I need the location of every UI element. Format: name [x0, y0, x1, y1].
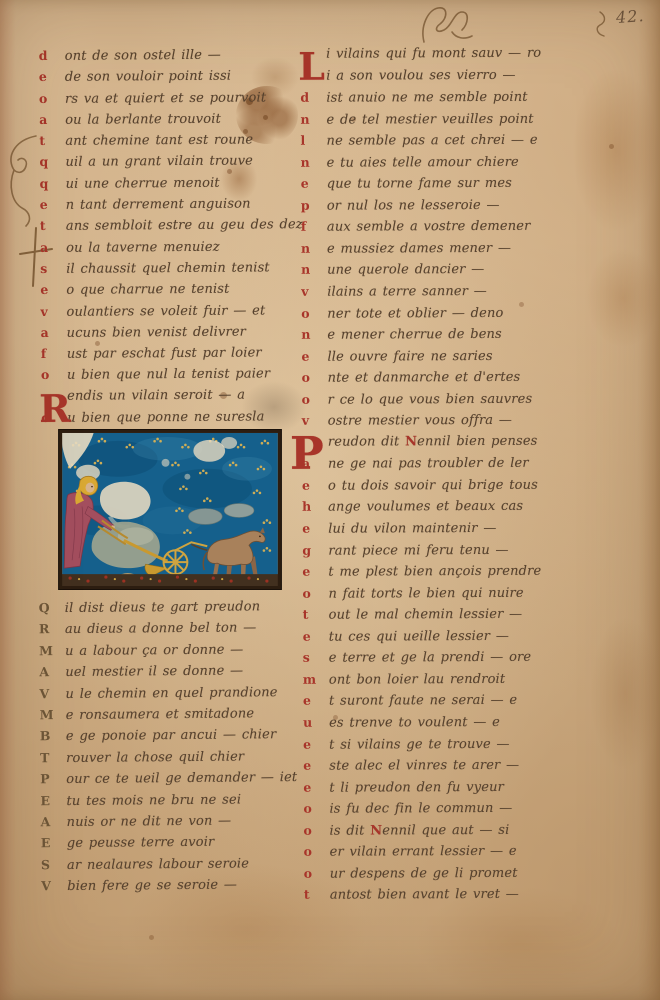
line-initial: t	[303, 607, 329, 622]
text-line: our despens de ge li promet	[304, 864, 656, 887]
text-line: Sar nealaures labour seroie	[41, 854, 323, 878]
line-text-segment: ennil que aut — si	[382, 823, 509, 839]
line-initial: V	[41, 878, 67, 893]
text-line: quil a un grant vilain trouve	[39, 153, 321, 176]
line-text: ne semble pas a cet chrei — e	[327, 133, 538, 149]
line-initial: s	[40, 261, 66, 276]
manuscript-page: 42. dont de son ostel ille —ede son voul…	[0, 0, 660, 1000]
folio-number: 42.	[615, 6, 645, 27]
line-initial: e	[40, 282, 66, 297]
line-text: i vilains qui fu mont sauv — ro	[326, 46, 541, 62]
line-initial: t	[40, 218, 66, 233]
cloud	[224, 504, 254, 518]
text-line: ou bien que nul la tenist paier	[41, 365, 323, 388]
illuminated-initial: P	[290, 431, 324, 476]
text-line: elui du vilon maintenir —	[302, 519, 654, 542]
text-line: vilains a terre sanner —	[301, 282, 653, 305]
line-initial: f	[301, 219, 327, 234]
line-initial: A	[41, 814, 67, 829]
line-initial: v	[40, 303, 66, 318]
line-initial: n	[301, 262, 327, 277]
line-text: ne ge nai pas troubler de ler	[328, 456, 529, 472]
line-text: u a labour ça or donne —	[65, 642, 243, 659]
text-line: etu ces qui ueille lessier —	[303, 627, 655, 650]
text-line: dont de son ostel ille —	[39, 46, 321, 69]
text-line: Rendis un vilain seroit — a	[41, 387, 323, 410]
line-text: t si vilains ge te trouve —	[329, 736, 510, 752]
text-line: tantost bien avant le vret —	[304, 886, 656, 909]
line-text-segment: reudon dit	[328, 434, 405, 449]
text-line: grant piece mi feru tenu —	[302, 541, 654, 564]
line-text-segment: N	[370, 823, 382, 838]
line-text: ust par eschat fust par loier	[67, 346, 262, 362]
line-initial: g	[302, 542, 328, 557]
text-line: et me plest bien ançois prendre	[302, 562, 654, 585]
line-text: nte et danmarche et d'ertes	[328, 370, 521, 386]
text-line: qui une cherrue menoit	[40, 174, 322, 197]
line-initial: f	[41, 346, 67, 361]
line-text: rs va et quiert et se pourvoit	[65, 90, 266, 106]
text-line: ne tu aies telle amour chiere	[301, 153, 653, 176]
text-line: i a son voulou ses vierro —	[300, 67, 652, 90]
line-text-segment: ennil bien penses	[417, 434, 537, 450]
line-initial: o	[304, 844, 330, 859]
line-initial: e	[303, 628, 329, 643]
ink-specks	[0, 0, 3, 3]
line-text: tu ces qui ueille lessier —	[329, 629, 509, 645]
line-text: e de tel mestier veuilles point	[326, 111, 533, 127]
line-initial: V	[39, 686, 65, 701]
line-initial: P	[40, 771, 66, 786]
text-line: se terre et ge la prendi — ore	[303, 649, 655, 672]
line-text: uil a un grant vilain trouve	[65, 154, 253, 170]
line-initial: e	[303, 736, 329, 751]
text-line: ues trenve to voulent — e	[303, 713, 655, 736]
line-text: e tu aies telle amour chiere	[327, 155, 519, 171]
line-text: ont de son ostel ille —	[65, 48, 221, 64]
text-line: Me ronsaumera et smitadone	[40, 705, 322, 729]
line-text: e ronsaumera et smitadone	[66, 706, 255, 723]
text-line: tans sembloit estre au geu des dez	[40, 216, 322, 239]
text-line: et suront faute ne serai — e	[303, 692, 655, 715]
line-initial: e	[303, 758, 329, 773]
line-text: uel mestier il se donne —	[65, 664, 243, 681]
line-text: e terre et ge la prendi — ore	[329, 650, 532, 666]
text-line: fust par eschat fust par loier	[41, 344, 323, 367]
line-initial: a	[39, 112, 65, 127]
ground	[61, 574, 279, 587]
line-initial: n	[301, 241, 327, 256]
line-initial: T	[40, 750, 66, 765]
text-line: mont bon loier lau rendroit	[303, 670, 655, 693]
line-initial: d	[300, 90, 326, 105]
line-text: ostre mestier vous offra —	[328, 413, 512, 429]
line-text: que tu torne fame sur mes	[327, 176, 512, 192]
line-initial: a	[41, 325, 67, 340]
line-initial: n	[300, 111, 326, 126]
text-line: aou la berlante trouvoit	[39, 110, 321, 133]
text-line: Auel mestier il se donne —	[39, 662, 321, 686]
text-line: eque tu torne fame sur mes	[301, 175, 653, 198]
line-text: is fu dec fin le commun —	[329, 801, 512, 817]
text-line: por nul los ne lesseroie —	[301, 196, 653, 219]
line-text: une querole dancier —	[327, 262, 484, 278]
line-text: il dist dieus te gart preudon	[65, 599, 261, 616]
line-initial: p	[301, 197, 327, 212]
line-initial: t	[304, 887, 330, 902]
text-line: Qil dist dieus te gart preudon	[39, 598, 321, 622]
text-line: tout le mal chemin lessier —	[303, 605, 655, 628]
line-text-segment: is dit	[330, 823, 371, 838]
line-text: u bien que ponne ne suresla	[67, 409, 264, 425]
line-text: o que charrue ne tenist	[66, 282, 229, 298]
line-text: ge peusse terre avoir	[67, 835, 215, 851]
line-initial: e	[303, 693, 329, 708]
line-initial: S	[41, 857, 67, 872]
line-initial: M	[40, 707, 66, 722]
line-text: de son vouloir point issi	[65, 69, 231, 85]
line-text: ner tote et oblier — deno	[327, 305, 503, 321]
line-initial: e	[40, 197, 66, 212]
text-line: faux semble a vostre demener	[301, 218, 653, 241]
line-initial: l	[300, 133, 326, 148]
line-text: es trenve to voulent — e	[329, 715, 500, 731]
text-line: este alec el vinres te arer —	[303, 756, 655, 779]
line-initial: n	[301, 327, 327, 342]
line-initial: e	[301, 176, 327, 191]
pen-trial-doodle	[418, 2, 482, 48]
line-text: nuis or ne dit ne von —	[67, 813, 232, 829]
text-line: lne semble pas a cet chrei — e	[300, 131, 652, 154]
line-initial: Q	[39, 600, 65, 615]
line-text: ou la berlante trouvoit	[65, 112, 221, 128]
line-text: is dit Nennil que aut — si	[330, 823, 510, 839]
line-text: n tant derrement anguison	[66, 197, 251, 213]
line-text: rouver la chose quil chier	[66, 749, 244, 766]
line-initial: q	[40, 176, 66, 191]
text-line: Anuis or ne dit ne von —	[41, 812, 323, 836]
line-initial: o	[303, 801, 329, 816]
line-text: ui une cherrue menoit	[66, 176, 220, 192]
text-line: ede son vouloir point issi	[39, 67, 321, 90]
text-line: ane ge nai pas troubler de ler	[302, 455, 654, 478]
line-text: or nul los ne lesseroie —	[327, 198, 500, 214]
line-text: rant piece mi feru tenu —	[328, 542, 508, 558]
text-line: oer vilain errant lessier — e	[304, 842, 656, 865]
line-initial: o	[302, 370, 328, 385]
line-text: ist anuio ne me semble point	[326, 90, 527, 106]
line-initial: o	[304, 822, 330, 837]
text-line: Trouver la chose quil chier	[40, 748, 322, 772]
text-line: ne mener cherrue de bens	[301, 325, 653, 348]
line-initial: u	[303, 715, 329, 730]
line-text: il chaussit quel chemin tenist	[66, 260, 270, 276]
text-line: Rau dieus a donne bel ton —	[39, 619, 321, 643]
text-line: Be ge ponoie par ancui — chier	[40, 726, 322, 750]
line-initial: e	[302, 521, 328, 536]
line-text-segment: N	[405, 434, 417, 449]
line-text: t suront faute ne serai — e	[329, 693, 517, 709]
text-line: ou bien que ponne ne suresla	[41, 408, 323, 431]
right-column-lines: Li vilains qui fu mont sauv — roi a son …	[300, 45, 656, 908]
line-text: i a son voulou ses vierro —	[326, 67, 515, 83]
illuminated-initial: R	[39, 390, 71, 428]
line-initial: B	[40, 728, 66, 743]
line-text: ar nealaures labour seroie	[67, 856, 249, 873]
text-line: et li preudon den fu vyeur	[303, 778, 655, 801]
text-line: dist anuio ne me semble point	[300, 88, 652, 111]
line-text: out le mal chemin lessier —	[329, 607, 523, 623]
line-text: ur despens de ge li promet	[330, 866, 518, 882]
text-line: aucuns bien venist delivrer	[41, 323, 323, 346]
left-column-upper-lines: dont de son ostel ille —ede son vouloir …	[39, 46, 324, 431]
miniature-plowing-scene	[57, 429, 283, 590]
line-text: ou la taverne menuiez	[66, 239, 220, 255]
line-initial: s	[303, 650, 329, 665]
line-initial: R	[39, 621, 65, 636]
line-text: reudon dit Nennil bien penses	[328, 434, 538, 450]
text-line: eo tu dois savoir qui brige tous	[302, 476, 654, 499]
text-line: or ce lo que vous bien sauvres	[302, 390, 654, 413]
line-text: o tu dois savoir qui brige tous	[328, 478, 538, 494]
text-line: sil chaussit quel chemin tenist	[40, 259, 322, 282]
line-text: endis un vilain seroit — a	[67, 387, 245, 403]
text-line: eo que charrue ne tenist	[40, 280, 322, 303]
line-text: ont bon loier lau rendroit	[329, 672, 505, 688]
left-column-lower-lines: Qil dist dieus te gart preudonRau dieus …	[39, 598, 324, 900]
text-line: vostre mestier vous offra —	[302, 412, 654, 435]
line-text: oulantiers se voleit fuir — et	[66, 303, 265, 319]
line-initial: E	[40, 793, 66, 808]
line-initial: m	[303, 672, 329, 687]
line-text: ste alec el vinres te arer —	[329, 758, 519, 774]
line-initial: o	[39, 90, 65, 105]
line-text: au dieus a donne bel ton —	[65, 621, 256, 638]
line-text: aux semble a vostre demener	[327, 219, 531, 235]
text-line: elle ouvre faire ne saries	[301, 347, 653, 370]
text-line: et si vilains ge te trouve —	[303, 735, 655, 758]
line-text: ange voulumes et beaux cas	[328, 499, 523, 515]
text-line: Preudon dit Nennil bien penses	[302, 433, 654, 456]
text-line: nune querole dancier —	[301, 261, 653, 284]
line-text: u le chemin en quel prandione	[65, 685, 277, 702]
line-initial: e	[39, 69, 65, 84]
line-initial: E	[41, 835, 67, 850]
text-line: Vbien fere ge se seroie —	[41, 876, 323, 900]
text-line: Mu a labour ça or donne —	[39, 641, 321, 665]
text-line: Li vilains qui fu mont sauv — ro	[300, 45, 652, 68]
line-text: e mussiez dames mener —	[327, 241, 511, 257]
line-text: e ge ponoie par ancui — chier	[66, 728, 277, 745]
line-initial: d	[39, 48, 65, 63]
line-initial: M	[39, 643, 65, 658]
line-initial: A	[39, 664, 65, 679]
line-text: u bien que nul la tenist paier	[67, 367, 270, 383]
illuminated-initial: L	[298, 48, 325, 86]
line-text: ant chemine tant est roune	[65, 133, 253, 149]
line-text: t li preudon den fu vyeur	[329, 779, 504, 795]
text-line: onte et danmarche et d'ertes	[302, 368, 654, 391]
text-line: ors va et quiert et se pourvoit	[39, 89, 321, 112]
text-line: ne mussiez dames mener —	[301, 239, 653, 262]
text-line: oner tote et oblier — deno	[301, 304, 653, 327]
line-initial: n	[301, 154, 327, 169]
line-text: r ce lo que vous bien sauvres	[328, 392, 533, 408]
text-line: ne de tel mestier veuilles point	[300, 110, 652, 133]
text-line: Ege peusse terre avoir	[41, 833, 323, 857]
line-initial: e	[301, 348, 327, 363]
line-text: ans sembloit estre au geu des dez	[66, 218, 303, 235]
line-text: antost bien avant le vret —	[330, 887, 519, 903]
line-initial: o	[302, 585, 328, 600]
line-initial: o	[302, 391, 328, 406]
line-text: our ce te ueil ge demander — iet	[66, 770, 297, 787]
text-line: Etu tes mois ne bru ne sei	[40, 790, 322, 814]
line-initial: v	[301, 284, 327, 299]
line-text: t me plest bien ançois prendre	[328, 564, 541, 580]
text-line: on fait torts le bien qui nuire	[302, 584, 654, 607]
line-initial: o	[304, 865, 330, 880]
line-text: er vilain errant lessier — e	[330, 844, 517, 860]
text-line: Vu le chemin en quel prandione	[39, 683, 321, 707]
line-text: ilains a terre sanner —	[327, 284, 487, 300]
line-text: lle ouvre faire ne saries	[327, 349, 492, 365]
text-line: voulantiers se voleit fuir — et	[40, 302, 322, 325]
text-line: tant chemine tant est roune	[39, 131, 321, 154]
ink-mark	[594, 10, 610, 38]
line-text: e mener cherrue de bens	[327, 327, 502, 343]
line-text: ucuns bien venist delivrer	[67, 324, 246, 340]
line-initial: q	[39, 154, 65, 169]
line-initial: t	[39, 133, 65, 148]
line-text: bien fere ge se seroie —	[67, 878, 237, 894]
plow-wheel	[164, 550, 188, 574]
cloud	[188, 509, 222, 525]
line-text: tu tes mois ne bru ne sei	[66, 792, 241, 809]
line-initial: e	[303, 779, 329, 794]
line-initial: e	[302, 564, 328, 579]
line-initial: h	[302, 499, 328, 514]
text-line: hange voulumes et beaux cas	[302, 498, 654, 521]
text-line: aou la taverne menuiez	[40, 238, 322, 261]
line-text: n fait torts le bien qui nuire	[328, 585, 523, 601]
line-initial: a	[40, 239, 66, 254]
text-line: ois fu dec fin le commun —	[303, 799, 655, 822]
line-initial: o	[41, 367, 67, 382]
line-initial: e	[302, 478, 328, 493]
line-initial: o	[301, 305, 327, 320]
text-line: en tant derrement anguison	[40, 195, 322, 218]
line-text: lui du vilon maintenir —	[328, 521, 496, 537]
text-line: ois dit Nennil que aut — si	[304, 821, 656, 844]
text-line: Pour ce te ueil ge demander — iet	[40, 769, 322, 793]
